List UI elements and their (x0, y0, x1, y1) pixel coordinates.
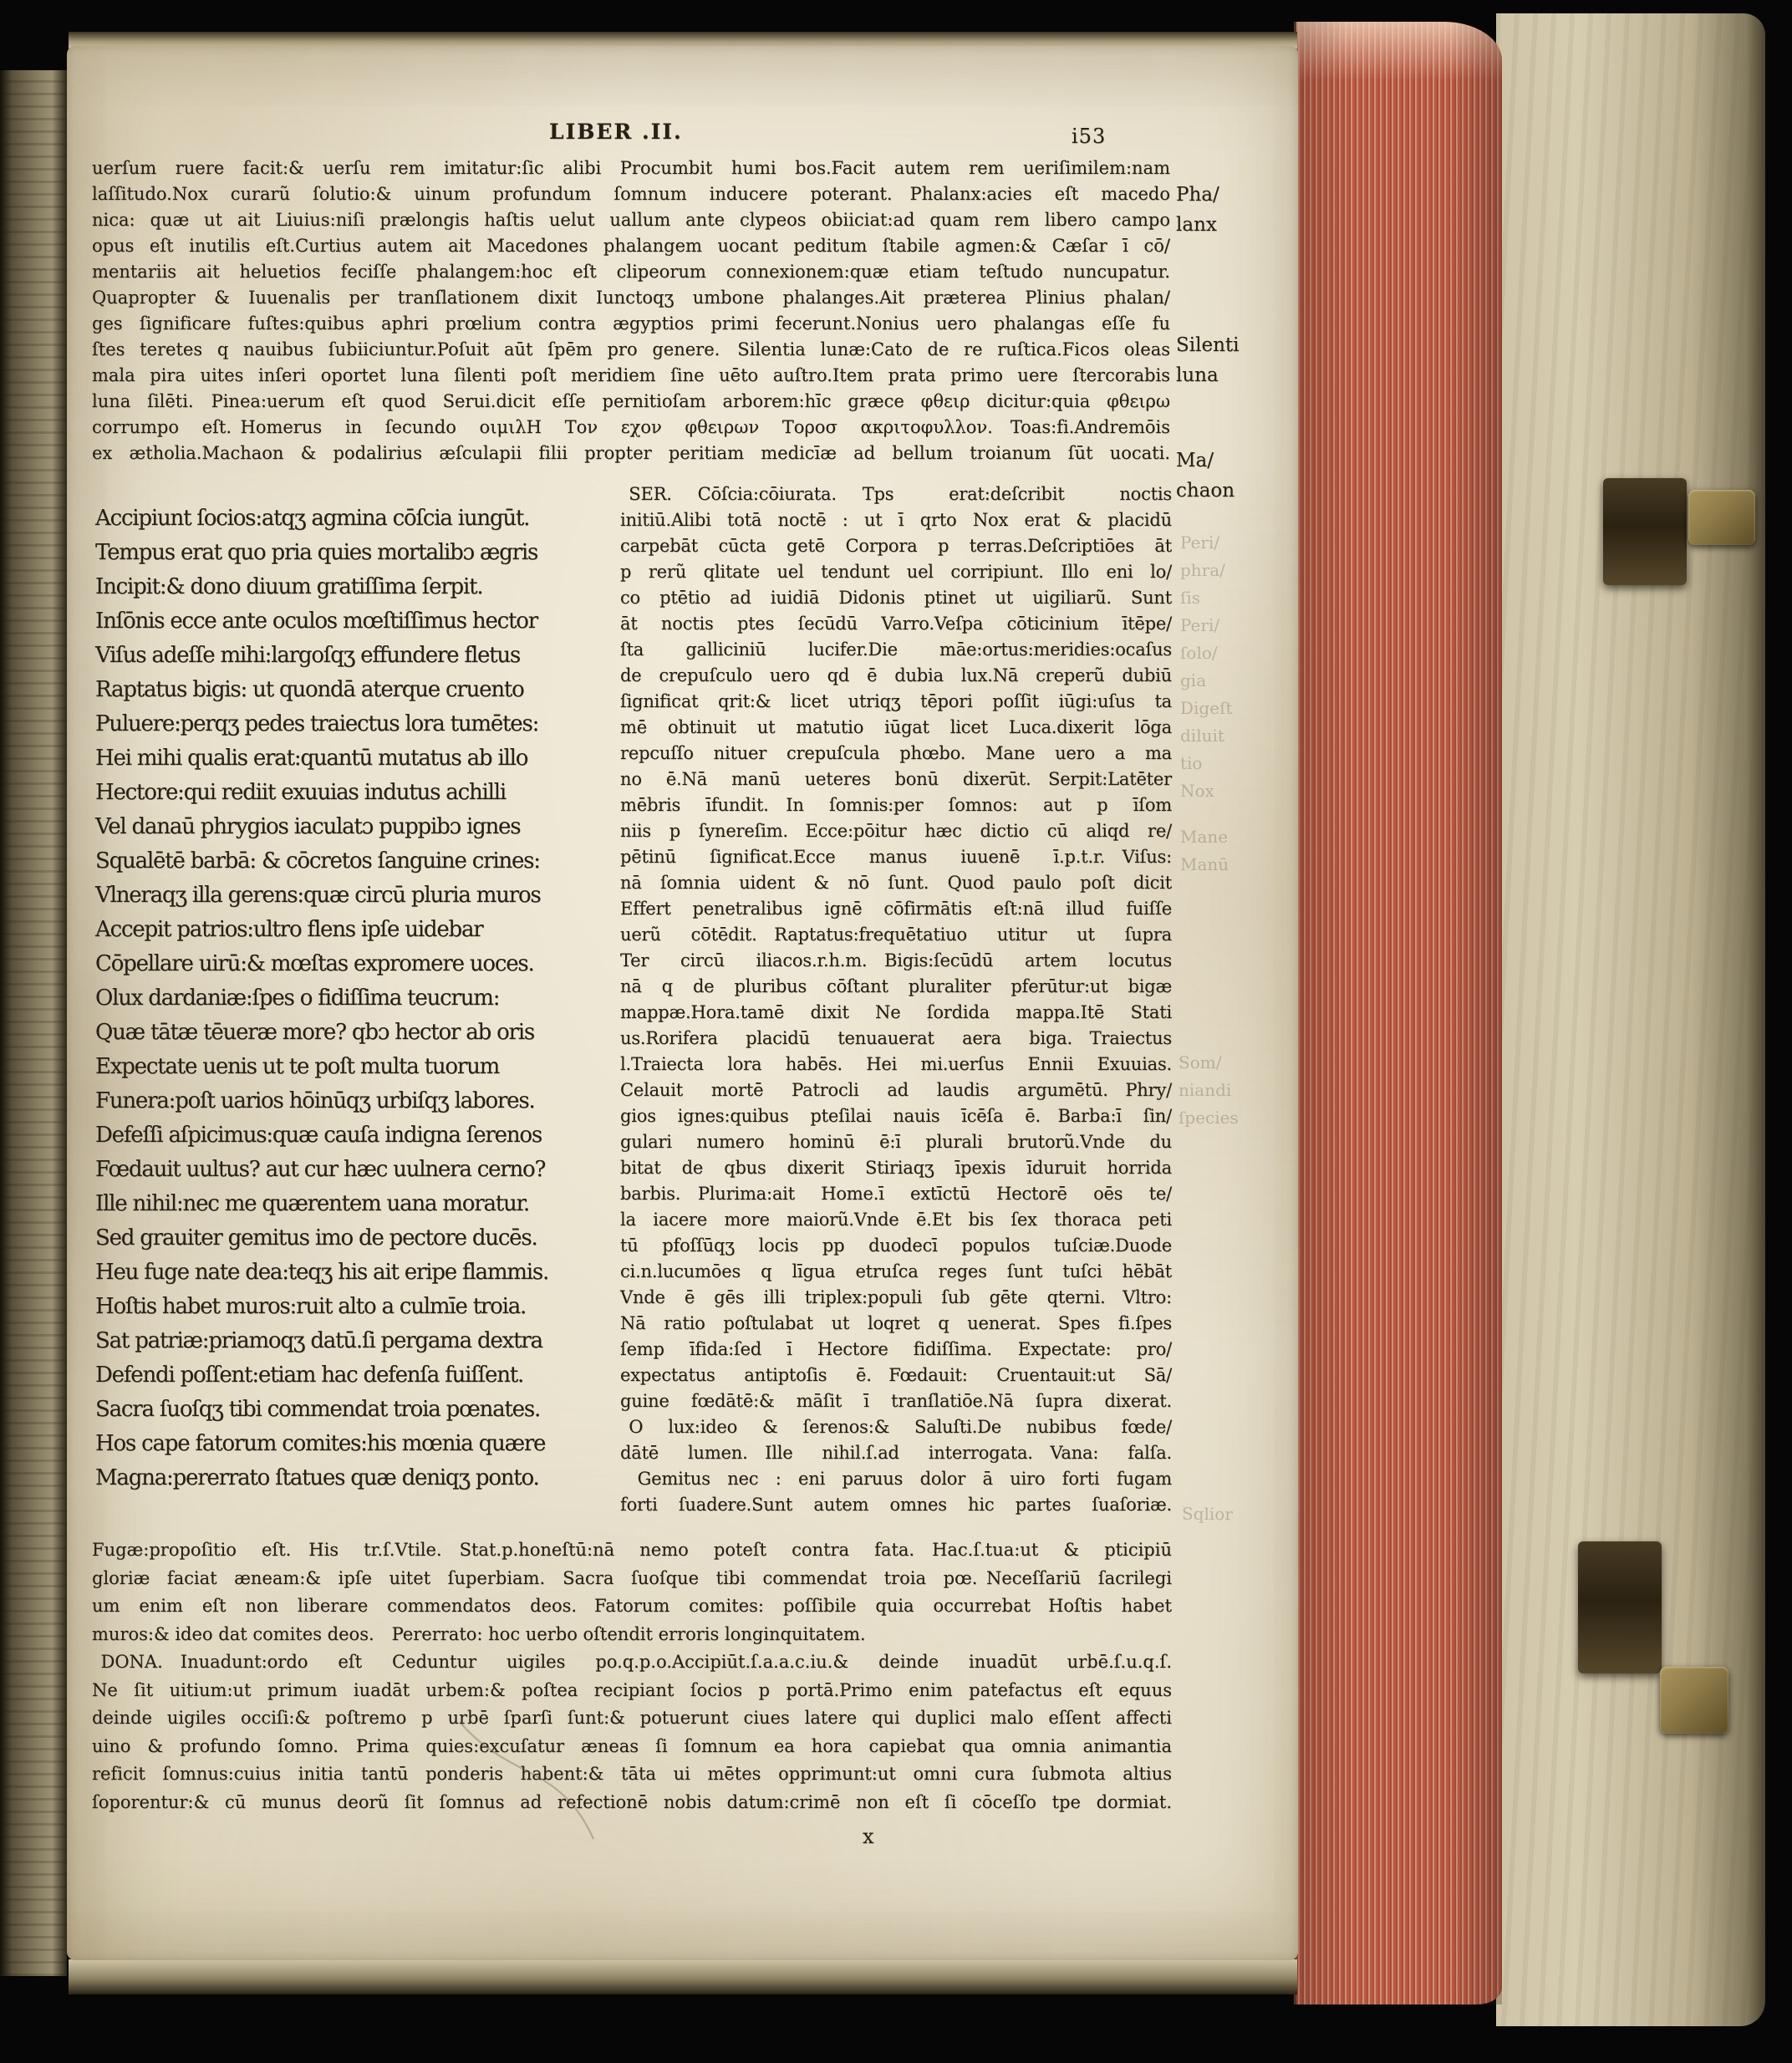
text-line: Nā ratio poſtulabat ut loqret q uenerat.… (620, 1311, 1172, 1337)
text-line: DONA. Inuadunt:ordo eſt Ceduntur uigiles… (92, 1648, 1172, 1677)
text-line: ſtes teretes q nauibus ſubiiciuntur.Poſu… (92, 337, 1170, 363)
text-line: nica: quæ ut ait Liuius:niſi prælongis h… (92, 207, 1170, 233)
text-line: Vlneraqʒ illa gerens:quæ circū pluria mu… (95, 879, 600, 913)
text-line: Ter circū iliacos.r.h.m. Bigis:ſecūdū ar… (620, 948, 1172, 974)
text-line: luna ſilēti. Pinea:uerum eſt quod Serui.… (92, 389, 1170, 415)
showthrough-note-lower: Sqlior (1182, 1500, 1233, 1529)
text-line: pētinū ſignificat.Ecce manus iuuenē ī.p.… (620, 844, 1172, 870)
text-line: Silenti (1176, 330, 1240, 360)
book-page: LIBER .II. i53 uerſum ruere facit:& uerſ… (67, 46, 1298, 1960)
text-line: Accipiunt ſocios:atqʒ agmina cōſcia iung… (95, 502, 600, 536)
text-line: Expectate uenis ut te poſt multa tuorum (95, 1050, 600, 1084)
text-line: Defeſſi aſpicimus:quæ cauſa indigna ſere… (95, 1118, 600, 1153)
text-line: Ma/ (1176, 446, 1235, 476)
text-line: ſoporentur:& cū munus deorũ ſit ſomnus a… (92, 1789, 1172, 1817)
text-line: Effert penetralibus ignē cōfirmātis eſt:… (620, 896, 1172, 922)
text-line: Ne ſit uitium:ut primum iuadāt urbem:& p… (92, 1677, 1172, 1705)
margin-note-phalanx: Pha/lanx (1176, 180, 1219, 240)
text-line: l.Traiecta lora habēs. Hei mi.uerſus Enn… (620, 1052, 1172, 1077)
margin-note-machaon: Ma/chaon (1176, 446, 1235, 506)
text-line: Olux dardaniæ:ſpes o fidiſſima teucrum: (95, 981, 600, 1016)
text-line: Viſus adeſſe mihi:largoſqʒ effundere fle… (95, 639, 600, 673)
text-line: Hectore:qui rediit exuuias indutus achil… (95, 776, 600, 810)
text-line: uino & profundo ſomno. Prima quies:excuſ… (92, 1733, 1172, 1761)
commentary-column: SER. Cōſcia:cōiurata. Tps erat:deſcribit… (620, 481, 1172, 1518)
text-line: Hei mihi qualis erat:quantū mutatus ab i… (95, 741, 600, 776)
text-line: carpebāt cūcta getē Corpora p terras.Deſ… (620, 533, 1172, 559)
text-line: ſta galliciniū lucifer.Die māe:ortus:mer… (620, 637, 1172, 663)
text-line: mēbris īfundit. In ſomnis:per ſomnos: au… (620, 792, 1172, 818)
text-line: chaon (1176, 476, 1235, 506)
text-line: Quapropter & Iuuenalis per tranſlationem… (92, 285, 1170, 311)
text-line: Hoſtis habet muros:ruit alto a culmīe tr… (95, 1290, 600, 1324)
text-line: ſpecies (1179, 1104, 1239, 1132)
running-title: LIBER .II. (549, 120, 683, 144)
text-line: us.Rorifera placidū tenuauerat aera biga… (620, 1026, 1172, 1052)
text-line: uerũ cōtēdit. Raptatus:frequētatiuo utit… (620, 922, 1172, 948)
text-line: corrumpo eſt. Homerus in ſecundo οιμιλΗ … (92, 415, 1170, 441)
text-line: expectatus antiptoſis ē. Fœdauit: Cruent… (620, 1363, 1172, 1388)
text-line: reficit ſomnus:cuius initia tantū ponder… (92, 1760, 1172, 1789)
text-line: Fœdauit uultus? aut cur hæc uulnera cern… (95, 1153, 600, 1187)
red-fore-edge (1294, 22, 1502, 2004)
text-line: Nox (1180, 777, 1233, 805)
text-line: co ptētio ad iuidiā Didonis ptinet ut ui… (620, 585, 1172, 611)
text-line: Accepit patrios:ultro flens ipſe uidebar (95, 913, 600, 947)
verse-column: Accipiunt ſocios:atqʒ agmina cōſcia iung… (95, 502, 600, 1495)
text-line: Peri/ (1180, 529, 1233, 557)
text-line: p rerũ qlitate uel tendunt uel corripiun… (620, 559, 1172, 585)
text-line: niis p ſynereſim. Ecce:pōitur hæc dictio… (620, 818, 1172, 844)
text-line: phra/ (1180, 557, 1233, 584)
text-line: Som/ (1179, 1049, 1239, 1077)
text-line: forti ſuadere.Sunt autem omnes hic parte… (620, 1492, 1172, 1518)
text-line: uerſum ruere facit:& uerſu rem imitatur:… (92, 155, 1170, 181)
text-line: luna (1176, 360, 1240, 390)
text-line: repcuſſo nituer crepuſcula phœbo. Mane u… (620, 741, 1172, 767)
left-page-edges (0, 70, 67, 1976)
text-line: la iacere more maiorũ.Vnde ē.Et bis ſex … (620, 1207, 1172, 1233)
text-line: SER. Cōſcia:cōiurata. Tps erat:deſcribit… (620, 481, 1172, 507)
clasp-buckle-lower (1660, 1667, 1728, 1734)
text-line: deinde uigiles occiſi:& poſtremo p urbē … (92, 1704, 1172, 1733)
text-line: Vel danaū phrygios iaculatɔ puppibɔ igne… (95, 810, 600, 844)
text-line: gia (1180, 667, 1233, 695)
text-line: Peri/ (1180, 612, 1233, 639)
text-line: Sacra ſuoſqʒ tibi commendat troia pœnate… (95, 1393, 600, 1427)
text-line: Sed grauiter gemitus imo de pectore ducē… (95, 1221, 600, 1256)
bottom-page-edge (69, 1959, 1297, 1994)
text-line: ſemp īfida:ſed ī Hectore fidiſſima. Expe… (620, 1337, 1172, 1363)
text-line: Funera:poſt uarios hōinūqʒ urbiſqʒ labor… (95, 1084, 600, 1118)
text-line: Magna:pererrato ſtatues quæ deniqʒ ponto… (95, 1461, 600, 1495)
text-line: Puluere:perqʒ pedes traiectus lora tumēt… (95, 707, 600, 741)
showthrough-note-rhetoric: Peri/phra/ſisPeri/ſolo/giaDigeſtdiluitti… (1180, 529, 1233, 805)
text-line: bitat de qbus dixerit Stiriaqʒ īpexis īd… (620, 1155, 1172, 1181)
photo-stage: LIBER .II. i53 uerſum ruere facit:& uerſ… (0, 0, 1792, 2063)
text-line: nā q de pluribus cōſtant pluraliter pfer… (620, 974, 1172, 1000)
text-line: Ille nihil:nec me quærentem uana moratur… (95, 1187, 600, 1221)
text-line: ex ætholia.Machaon & podalirius æſculapi… (92, 441, 1170, 466)
text-line: de crepuſculo uero qd ē dubia lux.Nā cre… (620, 663, 1172, 689)
text-line: um enim eſt non liberare commendatos deo… (92, 1592, 1172, 1621)
top-commentary-block: uerſum ruere facit:& uerſu rem imitatur:… (92, 155, 1170, 466)
text-line: Pha/ (1176, 180, 1219, 210)
text-line: gios ignes:quibus pteſilai nauis īcēſa ē… (620, 1103, 1172, 1129)
text-line: Tempus erat quo pria quies mortalibɔ ægr… (95, 536, 600, 570)
text-line: mappæ.Hora.tamē dixit Ne ſordida mappa.I… (620, 1000, 1172, 1026)
text-line: Sat patriæ:priamoqʒ datū.ſi pergama dext… (95, 1324, 600, 1358)
text-line: opus eſt inutilis eſt.Curtius autem ait … (92, 233, 1170, 259)
signature-mark: x (863, 1825, 874, 1848)
clasp-buckle-upper (1688, 490, 1755, 545)
text-line: guine fœdātē:& māſit ī tranſlatiōe.Nā ſu… (620, 1388, 1172, 1414)
page-number: i53 (1072, 125, 1106, 148)
text-line: mē obtinuit ut matutio iūgat licet Luca.… (620, 715, 1172, 741)
text-line: ges ſignificare fuſtes:quibus aphri prœl… (92, 311, 1170, 337)
text-line: Digeſt (1180, 695, 1233, 722)
showthrough-note-mane: ManeManū (1180, 823, 1229, 879)
text-line: Hos cape fatorum comites:his mœnia quære (95, 1427, 600, 1461)
text-line: Heu fuge nate dea:teqʒ his ait eripe fla… (95, 1256, 600, 1290)
text-line: Defendi poſſent:etiam hac defenſa fuiſſe… (95, 1358, 600, 1393)
text-line: gulari numero hominū ē:ī plurali brutorũ… (620, 1129, 1172, 1155)
text-line: lanx (1176, 210, 1219, 240)
text-line: niandi (1179, 1077, 1239, 1104)
showthrough-note-somniandi: Som/niandiſpecies (1179, 1049, 1239, 1132)
text-line: no ē.Nā manū ueteres bonū dixerūt. Serpi… (620, 767, 1172, 792)
text-line: O lux:ideo & ſerenos:& Saluſti.De nubibu… (620, 1414, 1172, 1440)
text-line: ſignificat qrit:& licet utriqʒ tēpori po… (620, 689, 1172, 715)
text-line: Incipit:& dono diuum gratiſſima ſerpit. (95, 570, 600, 604)
text-line: ſis (1180, 584, 1233, 612)
clasp-strap-lower (1578, 1541, 1662, 1673)
bottom-commentary-a: Fugæ:propoſitio eſt. His tr.ſ.Vtile. Sta… (92, 1536, 1172, 1648)
text-line: mentariis ait heluetios feciſſe phalange… (92, 259, 1170, 285)
text-line: barbis. Plurima:ait Home.ī extīctū Hecto… (620, 1181, 1172, 1207)
text-line: Celauit mortē Patrocli ad laudis argumēt… (620, 1077, 1172, 1103)
text-line: Quæ tātæ tēueræ more? qbɔ hector ab oris (95, 1016, 600, 1050)
text-line: Squalētē barbā: & cōcretos ſanguine crin… (95, 844, 600, 879)
text-line: gloriæ faciat æneam:& ipſe uitet ſuperbi… (92, 1565, 1172, 1593)
text-line: Mane (1180, 823, 1229, 851)
text-line: diluit (1180, 722, 1233, 750)
bottom-commentary-b: DONA. Inuadunt:ordo eſt Ceduntur uigiles… (92, 1648, 1172, 1816)
text-line: muros:& ideo dat comites deos. Pererrato… (92, 1621, 1172, 1649)
text-line: nā ſomnia uident & nō ſunt. Quod paulo p… (620, 870, 1172, 896)
clasp-strap-upper (1603, 478, 1687, 585)
text-line: Cōpellare uirū:& mœſtas expromere uoces. (95, 947, 600, 981)
text-line: laſſitudo.Nox curarũ ſolutio:& uinum pro… (92, 181, 1170, 207)
margin-note-silenti-luna: Silentiluna (1176, 330, 1240, 390)
text-line: Vnde ē gēs illi triplex:populi ſub gēte … (620, 1285, 1172, 1311)
text-line: Sqlior (1182, 1500, 1233, 1529)
text-line: Gemitus nec : eni paruus dolor ā uiro fo… (620, 1466, 1172, 1492)
text-line: tū pfoſſūqʒ locis pp duodecī populos tuſ… (620, 1233, 1172, 1259)
text-line: Raptatus bigis: ut quondā aterque cruent… (95, 673, 600, 707)
text-line: ſolo/ (1180, 639, 1233, 667)
text-line: ci.n.lucumōes q līgua etruſca reges ſunt… (620, 1259, 1172, 1285)
text-line: Fugæ:propoſitio eſt. His tr.ſ.Vtile. Sta… (92, 1536, 1172, 1565)
text-line: āt noctis ptes ſecūdū Varro.Veſpa cōtici… (620, 611, 1172, 637)
text-line: tio (1180, 750, 1233, 777)
text-line: initiū.Alibi totā noctē : ut ī qrto Nox … (620, 507, 1172, 533)
text-line: Inſōnis ecce ante oculos mœſtiſſimus hec… (95, 604, 600, 639)
text-line: dātē lumen. Ille nihil.ſ.ad interrogata.… (620, 1440, 1172, 1466)
text-line: mala pira uites inſeri oportet luna ſile… (92, 363, 1170, 389)
text-line: Manū (1180, 851, 1229, 879)
